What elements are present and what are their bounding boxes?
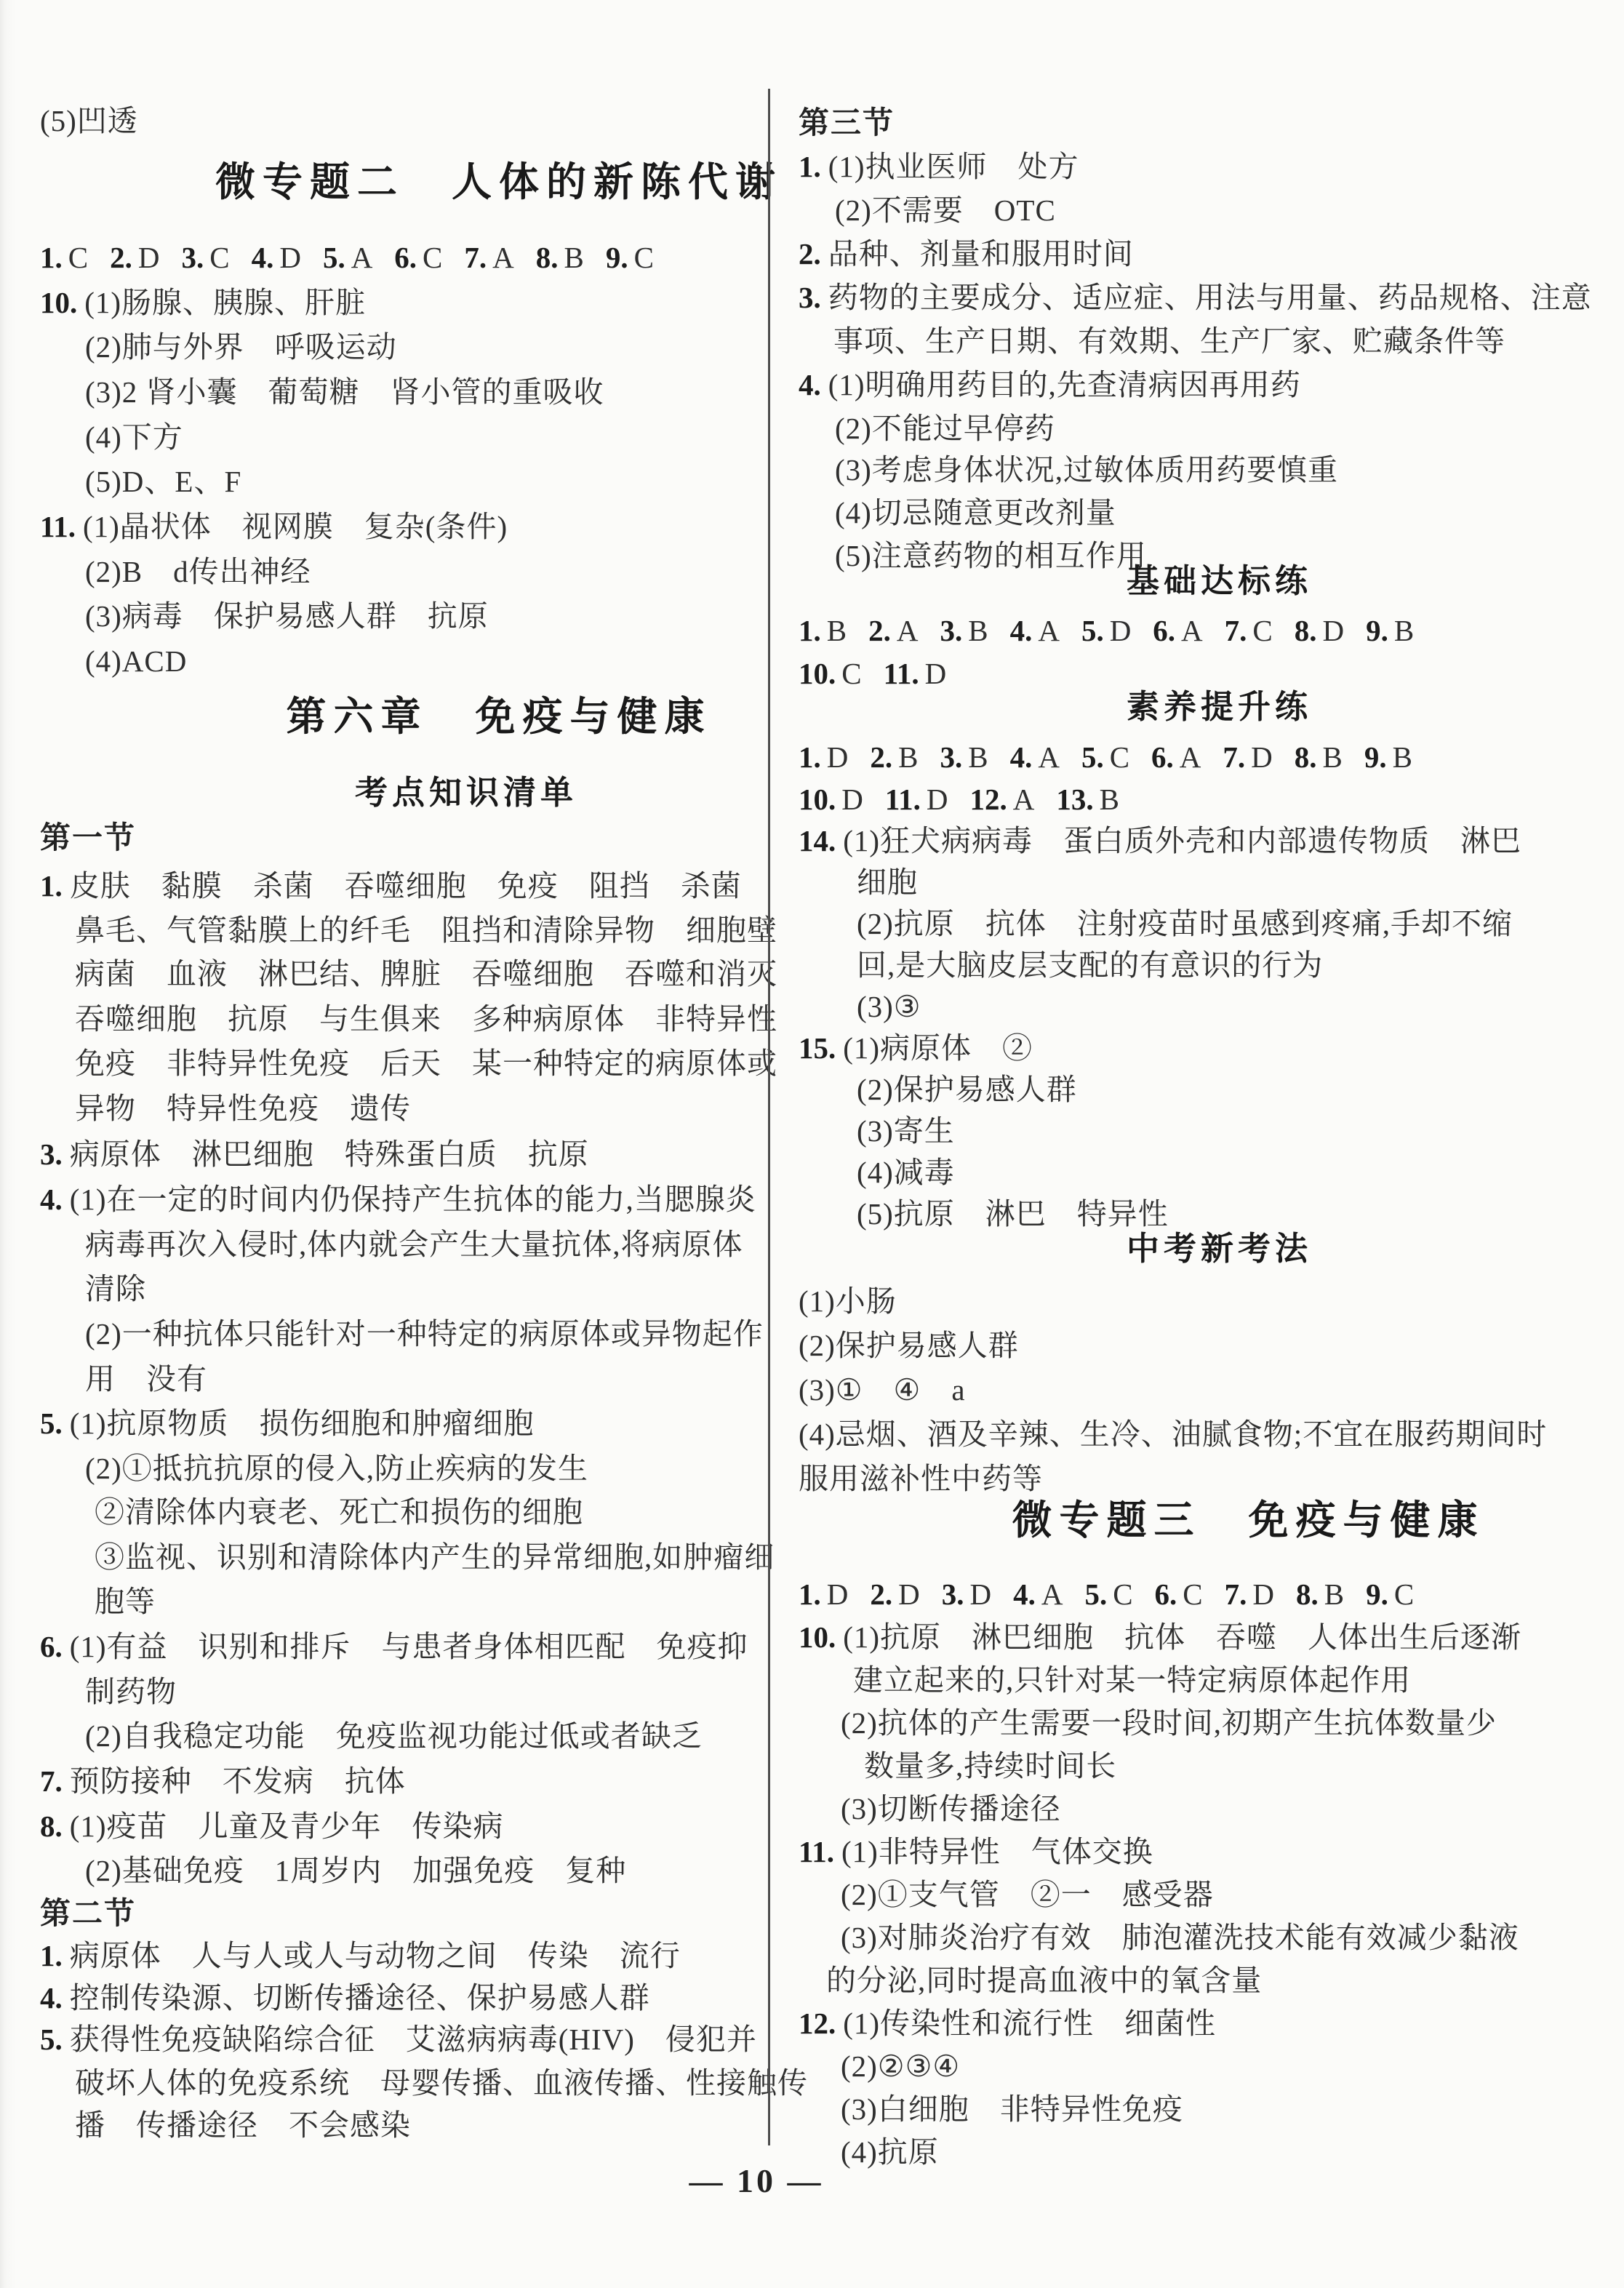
- line-text: (2)抗体的产生需要一段时间,初期产生抗体数量少: [841, 1706, 1497, 1740]
- answer-line: (3)白细胞 非特异性免疫: [841, 2092, 1183, 2127]
- answer-line: 免疫 非特异性免疫 后天 某一种特定的病原体或: [75, 1046, 777, 1081]
- question-number: 3.: [940, 614, 962, 647]
- answer-pair: 2.D: [870, 1577, 919, 1611]
- question-number: 1.: [40, 241, 63, 274]
- answer-pair: 5.C: [1081, 740, 1129, 774]
- question-number: 3.: [181, 241, 204, 274]
- item-number: 1.: [799, 150, 821, 183]
- line-text: (4)下方: [85, 420, 183, 454]
- answer-pair: 7.D: [1225, 1577, 1274, 1611]
- section-heading: 考点知识清单: [105, 775, 827, 810]
- question-number: 8.: [1295, 614, 1317, 647]
- question-number: 3.: [940, 740, 962, 774]
- question-number: 4.: [1010, 614, 1033, 647]
- line-text: 第三节: [799, 105, 895, 140]
- line-text: 播 传播途径 不会感染: [75, 2108, 411, 2142]
- line-text: (4)减毒: [857, 1156, 955, 1189]
- answer-line: (4)忌烟、酒及辛辣、生冷、油腻食物;不宜在服药期间时: [799, 1417, 1547, 1452]
- answer-line: (2)保护易感人群: [857, 1072, 1077, 1107]
- item-number: 1.: [40, 869, 63, 903]
- answer-letter: A: [1180, 740, 1201, 774]
- line-text: 素养提升练: [1127, 688, 1312, 725]
- answer-row: 10.C11.D: [799, 656, 968, 691]
- answer-pair: 5.C: [1084, 1577, 1132, 1611]
- answer-row: 1.D2.D3.D4.A5.C6.C7.D8.B9.C: [799, 1577, 1436, 1612]
- answer-letter: C: [1252, 614, 1272, 647]
- question-number: 6.: [1153, 614, 1175, 647]
- line-text: (3)病毒 保护易感人群 抗原: [85, 599, 489, 633]
- question-number: 11.: [884, 657, 919, 690]
- item-number: 8.: [40, 1809, 63, 1843]
- line-text: 建立起来的,只针对某一特定病原体起作用: [853, 1663, 1411, 1697]
- answer-line: (2)不能过早停药: [835, 411, 1055, 446]
- line-text: 第一节: [40, 820, 136, 855]
- answer-line: 15.(1)病原体 ②: [799, 1031, 1033, 1065]
- line-text: 基础达标练: [1127, 562, 1312, 599]
- line-text: 细胞: [857, 865, 918, 899]
- line-text: (3)白细胞 非特异性免疫: [841, 2092, 1183, 2126]
- answer-line: 4.(1)在一定的时间内仍保持产生抗体的能力,当腮腺炎: [40, 1182, 756, 1217]
- answer-pair: 11.D: [885, 783, 948, 816]
- line-text: (4)忌烟、酒及辛辣、生冷、油腻食物;不宜在服药期间时: [799, 1417, 1547, 1451]
- section-label: 第一节: [40, 820, 136, 855]
- answer-pair: 9.C: [606, 241, 654, 274]
- answer-letter: C: [1113, 1577, 1132, 1611]
- line-text: (2)①抵抗抗原的侵入,防止疾病的发生: [85, 1452, 588, 1485]
- answer-line: 病毒再次入侵时,体内就会产生大量抗体,将病原体: [85, 1227, 743, 1262]
- line-text: (1)在一定的时间内仍保持产生抗体的能力,当腮腺炎: [70, 1183, 756, 1216]
- answer-letter: D: [827, 1577, 849, 1611]
- line-text: (1)病原体 ②: [843, 1031, 1033, 1065]
- answer-line: (3)① ④ a: [799, 1372, 966, 1407]
- column-divider: [768, 89, 770, 2145]
- line-text: 用 没有: [85, 1362, 207, 1396]
- answer-line: (2)①支气管 ②一 感受器: [841, 1877, 1214, 1912]
- line-text: 服用滋补性中药等: [799, 1462, 1043, 1495]
- question-number: 4.: [252, 241, 274, 274]
- answer-line: 胞等: [95, 1584, 156, 1619]
- item-number: 3.: [40, 1137, 63, 1171]
- item-number: 15.: [799, 1031, 836, 1065]
- answer-letter: D: [969, 1577, 991, 1611]
- question-number: 5.: [323, 241, 345, 274]
- answer-line: 3.病原体 淋巴细胞 特殊蛋白质 抗原: [40, 1137, 589, 1172]
- question-number: 1.: [799, 1577, 821, 1611]
- line-text: (1)抗原物质 损伤细胞和肿瘤细胞: [70, 1407, 535, 1440]
- question-number: 10.: [799, 657, 836, 690]
- answer-row: 10.D11.D12.A13.B: [799, 782, 1141, 817]
- line-text: (2)基础免疫 1周岁内 加强免疫 复种: [85, 1854, 626, 1887]
- page-number: — 10 —: [636, 2161, 876, 2200]
- item-number: 1.: [40, 1939, 63, 1972]
- answer-letter: D: [138, 241, 160, 274]
- answer-line: 事项、生产日期、有效期、生产厂家、贮藏条件等: [833, 324, 1505, 359]
- line-text: 异物 特异性免疫 遗传: [75, 1092, 411, 1125]
- line-text: 病原体 淋巴细胞 特殊蛋白质 抗原: [70, 1137, 589, 1171]
- line-text: 品种、剂量和服用时间: [828, 237, 1134, 271]
- section-heading: 基础达标练: [813, 564, 1624, 599]
- answer-pair: 4.D: [252, 241, 301, 274]
- line-text: 皮肤 黏膜 杀菌 吞噬细胞 免疫 阻挡 杀菌: [70, 869, 742, 903]
- question-number: 5.: [1081, 740, 1104, 774]
- answer-letter: C: [1394, 1577, 1414, 1611]
- answer-line: 异物 特异性免疫 遗传: [75, 1091, 411, 1126]
- answer-letter: A: [1038, 614, 1060, 647]
- answer-line: (2)基础免疫 1周岁内 加强免疫 复种: [85, 1853, 626, 1888]
- question-number: 8.: [1295, 740, 1317, 774]
- item-number: 5.: [40, 1407, 63, 1440]
- question-number: 9.: [606, 241, 628, 274]
- answer-line: 1.(1)执业医师 处方: [799, 149, 1079, 184]
- answer-letter: B: [898, 740, 918, 774]
- line-text: 吞噬细胞 抗原 与生俱来 多种病原体 非特异性: [75, 1002, 777, 1036]
- answer-line: (2)不需要 OTC: [835, 193, 1056, 228]
- answer-letter: D: [927, 783, 948, 816]
- answer-line: 播 传播途径 不会感染: [75, 2108, 411, 2143]
- left-column: (5)凹透微专题二 人体的新陈代谢1.C2.D3.C4.D5.A6.C7.A8.…: [40, 0, 761, 2288]
- line-text: 微专题二 人体的新陈代谢: [215, 159, 783, 204]
- answer-letter: B: [1100, 783, 1119, 816]
- answer-page: (5)凹透微专题二 人体的新陈代谢1.C2.D3.C4.D5.A6.C7.A8.…: [0, 0, 1624, 2288]
- answer-line: 细胞: [857, 865, 918, 900]
- right-column: 第三节1.(1)执业医师 处方(2)不需要 OTC2.品种、剂量和服用时间3.药…: [799, 0, 1611, 2288]
- answer-line: 的分泌,同时提高血液中的氧含量: [826, 1963, 1262, 1998]
- answer-line: 吞噬细胞 抗原 与生俱来 多种病原体 非特异性: [75, 1001, 777, 1036]
- answer-line: 服用滋补性中药等: [799, 1461, 1043, 1496]
- line-text: (2)保护易感人群: [857, 1073, 1077, 1106]
- line-text: 第六章 免疫与健康: [286, 694, 711, 739]
- answer-pair: 8.D: [1295, 614, 1344, 647]
- line-text: (1)明确用药目的,先查清病因再用药: [828, 368, 1301, 401]
- answer-letter: D: [898, 1577, 920, 1611]
- answer-line: 数量多,持续时间长: [864, 1748, 1116, 1783]
- answer-line: 10.(1)肠腺、胰腺、肝脏: [40, 285, 366, 320]
- chapter-heading: 第六章 免疫与健康: [138, 699, 860, 734]
- item-number: 3.: [799, 281, 821, 314]
- answer-pair: 3.D: [942, 1577, 991, 1611]
- answer-line: 5.(1)抗原物质 损伤细胞和肿瘤细胞: [40, 1406, 535, 1441]
- line-text: 数量多,持续时间长: [864, 1749, 1116, 1783]
- chapter-heading: 微专题二 人体的新陈代谢: [138, 164, 860, 199]
- line-text: 免疫 非特异性免疫 后天 某一种特定的病原体或: [75, 1047, 777, 1080]
- answer-line: (2)②③④: [841, 2049, 960, 2084]
- answer-letter: B: [1394, 614, 1414, 647]
- answer-line: (4)ACD: [85, 644, 187, 679]
- question-number: 4.: [1013, 1577, 1036, 1611]
- line-text: (1)晶状体 视网膜 复杂(条件): [83, 510, 508, 543]
- answer-pair: 13.B: [1056, 783, 1119, 816]
- answer-letter: B: [1324, 1577, 1344, 1611]
- answer-line: (2)①抵抗抗原的侵入,防止疾病的发生: [85, 1451, 588, 1486]
- item-number: 11.: [40, 510, 76, 543]
- answer-letter: C: [209, 241, 229, 274]
- answer-letter: C: [841, 657, 861, 690]
- line-text: 病菌 血液 淋巴结、脾脏 吞噬细胞 吞噬和消灭: [75, 957, 777, 991]
- question-number: 13.: [1056, 783, 1093, 816]
- answer-row: 1.C2.D3.C4.D5.A6.C7.A8.B9.C: [40, 240, 676, 275]
- answer-letter: C: [423, 241, 442, 274]
- answer-line: 清除: [85, 1271, 146, 1306]
- line-text: 的分泌,同时提高血液中的氧含量: [826, 1964, 1262, 1997]
- answer-line: (2)B d传出神经: [85, 554, 311, 589]
- question-number: 12.: [969, 783, 1007, 816]
- answer-pair: 2.B: [870, 740, 918, 774]
- line-text: (1)肠腺、胰腺、肝脏: [84, 286, 366, 319]
- answer-line: 11.(1)非特异性 气体交换: [799, 1834, 1153, 1869]
- answer-pair: 3.B: [940, 740, 988, 774]
- answer-pair: 6.C: [1155, 1577, 1203, 1611]
- item-number: 5.: [40, 2023, 63, 2056]
- answer-letter: C: [68, 241, 88, 274]
- answer-line: 用 没有: [85, 1361, 207, 1396]
- item-number: 12.: [799, 2007, 836, 2040]
- section-label: 第三节: [799, 105, 895, 140]
- answer-pair: 7.A: [464, 241, 513, 274]
- answer-letter: B: [827, 614, 847, 647]
- answer-line: 破坏人体的免疫系统 母婴传播、血液传播、性接触传: [75, 2065, 808, 2100]
- answer-pair: 8.B: [536, 241, 584, 274]
- item-number: 4.: [40, 1981, 63, 2015]
- answer-pair: 6.A: [1151, 740, 1201, 774]
- question-number: 1.: [799, 614, 821, 647]
- answer-line: 1.病原体 人与人或人与动物之间 传染 流行: [40, 1938, 681, 1973]
- answer-pair: 4.A: [1010, 740, 1060, 774]
- answer-line: 2.品种、剂量和服用时间: [799, 236, 1134, 271]
- answer-line: 制药物: [85, 1674, 177, 1709]
- line-text: 鼻毛、气管黏膜上的纤毛 阻挡和清除异物 细胞壁: [75, 913, 777, 947]
- answer-pair: 1.D: [799, 1577, 848, 1611]
- question-number: 5.: [1081, 614, 1104, 647]
- answer-line: 4.(1)明确用药目的,先查清病因再用药: [799, 367, 1301, 402]
- line-text: (4)ACD: [85, 644, 187, 678]
- answer-line: 鼻毛、气管黏膜上的纤毛 阻挡和清除异物 细胞壁: [75, 913, 777, 948]
- question-number: 9.: [1366, 614, 1388, 647]
- line-text: (2)抗原 抗体 注射疫苗时虽感到疼痛,手却不缩: [857, 907, 1513, 940]
- question-number: 10.: [799, 783, 836, 816]
- question-number: 5.: [1084, 1577, 1107, 1611]
- line-text: 病原体 人与人或人与动物之间 传染 流行: [70, 1939, 681, 1972]
- answer-line: (4)切忌随意更改剂量: [835, 495, 1116, 530]
- question-number: 7.: [1225, 614, 1247, 647]
- answer-line: (3)考虑身体状况,过敏体质用药要慎重: [835, 452, 1338, 487]
- line-text: 考点知识清单: [355, 774, 577, 811]
- answer-line: (5)D、E、F: [85, 464, 241, 499]
- answer-letter: D: [1252, 1577, 1274, 1611]
- item-number: 11.: [799, 1835, 834, 1868]
- line-text: (3)① ④ a: [799, 1373, 966, 1407]
- answer-letter: D: [1251, 740, 1273, 774]
- answer-line: (4)减毒: [857, 1155, 955, 1190]
- section-heading: 素养提升练: [813, 689, 1624, 724]
- answer-line: 回,是大脑皮层支配的有意识的行为: [857, 948, 1323, 983]
- answer-letter: D: [1323, 614, 1345, 647]
- item-number: 4.: [40, 1183, 63, 1216]
- line-text: 胞等: [95, 1585, 156, 1618]
- answer-line: 1.皮肤 黏膜 杀菌 吞噬细胞 免疫 阻挡 杀菌: [40, 868, 742, 903]
- item-number: 7.: [40, 1764, 63, 1798]
- item-number: 14.: [799, 824, 836, 857]
- answer-letter: A: [1041, 1577, 1063, 1611]
- line-text: (1)执业医师 处方: [828, 150, 1079, 183]
- line-text: 病毒再次入侵时,体内就会产生大量抗体,将病原体: [85, 1228, 743, 1261]
- answer-pair: 9.C: [1366, 1577, 1414, 1611]
- line-text: (2)②③④: [841, 2049, 960, 2083]
- answer-pair: 1.B: [799, 614, 847, 647]
- answer-line: 5.获得性免疫缺陷综合征 艾滋病病毒(HIV) 侵犯并: [40, 2022, 757, 2057]
- line-text: (1)抗原 淋巴细胞 抗体 吞噬 人体出生后逐渐: [843, 1620, 1521, 1654]
- item-number: 6.: [40, 1630, 63, 1663]
- line-text: (5)抗原 淋巴 特异性: [857, 1197, 1169, 1231]
- answer-line: 病菌 血液 淋巴结、脾脏 吞噬细胞 吞噬和消灭: [75, 956, 777, 991]
- line-text: 清除: [85, 1272, 146, 1305]
- answer-letter: A: [492, 241, 514, 274]
- question-number: 4.: [1010, 740, 1033, 774]
- answer-letter: A: [351, 241, 373, 274]
- answer-line: 7.预防接种 不发病 抗体: [40, 1764, 406, 1799]
- line-text: (1)小肠: [799, 1284, 897, 1318]
- answer-letter: C: [634, 241, 654, 274]
- line-text: (1)有益 识别和排斥 与患者身体相匹配 免疫抑: [70, 1630, 748, 1663]
- answer-line: (5)凹透: [40, 103, 138, 138]
- answer-line: 14.(1)狂犬病病毒 蛋白质外壳和内部遗传物质 淋巴: [799, 823, 1521, 858]
- line-text: (1)非特异性 气体交换: [841, 1835, 1153, 1868]
- answer-pair: 3.C: [181, 241, 229, 274]
- answer-pair: 8.B: [1296, 1577, 1344, 1611]
- answer-letter: A: [1181, 614, 1203, 647]
- question-number: 6.: [394, 241, 417, 274]
- line-text: (3)③: [857, 990, 921, 1023]
- question-number: 6.: [1151, 740, 1174, 774]
- line-text: 事项、生产日期、有效期、生产厂家、贮藏条件等: [833, 324, 1505, 358]
- answer-letter: B: [1323, 740, 1343, 774]
- answer-pair: 7.D: [1223, 740, 1272, 774]
- question-number: 2.: [110, 241, 132, 274]
- answer-letter: D: [841, 783, 863, 816]
- answer-line: (2)抗体的产生需要一段时间,初期产生抗体数量少: [841, 1705, 1497, 1740]
- answer-row: 1.D2.B3.B4.A5.C6.A7.D8.B9.B: [799, 740, 1434, 775]
- answer-pair: 12.A: [969, 783, 1034, 816]
- item-number: 10.: [40, 286, 77, 319]
- line-text: (3)2 肾小囊 葡萄糖 肾小管的重吸收: [85, 375, 604, 409]
- line-text: (2)自我稳定功能 免疫监视功能过低或者缺乏: [85, 1719, 703, 1753]
- question-number: 7.: [1223, 740, 1245, 774]
- answer-letter: B: [1393, 740, 1412, 774]
- question-number: 9.: [1366, 1577, 1388, 1611]
- question-number: 8.: [1296, 1577, 1319, 1611]
- answer-line: (2)保护易感人群: [799, 1328, 1019, 1363]
- line-text: (2)肺与外界 呼吸运动: [85, 330, 397, 364]
- section-label: 第二节: [40, 1896, 136, 1931]
- line-text: (1)狂犬病病毒 蛋白质外壳和内部遗传物质 淋巴: [843, 824, 1521, 857]
- answer-line: (3)③: [857, 989, 921, 1024]
- answer-pair: 9.B: [1364, 740, 1412, 774]
- answer-letter: D: [827, 740, 849, 774]
- answer-pair: 1.C: [40, 241, 88, 274]
- answer-pair: 11.D: [884, 657, 947, 690]
- line-text: (2)B d传出神经: [85, 555, 311, 588]
- question-number: 6.: [1155, 1577, 1177, 1611]
- line-text: 微专题三 免疫与健康: [1012, 1497, 1484, 1543]
- answer-letter: D: [925, 657, 947, 690]
- line-text: (5)凹透: [40, 104, 138, 137]
- answer-pair: 5.A: [323, 241, 372, 274]
- answer-letter: A: [897, 614, 919, 647]
- line-text: 制药物: [85, 1675, 177, 1708]
- item-number: 10.: [799, 1620, 836, 1654]
- line-text: (2)①支气管 ②一 感受器: [841, 1878, 1214, 1911]
- line-text: (3)切断传播途径: [841, 1792, 1061, 1825]
- line-text: (5)D、E、F: [85, 465, 241, 498]
- answer-line: 3.药物的主要成分、适应症、用法与用量、药品规格、注意: [799, 280, 1592, 315]
- line-text: (2)不能过早停药: [835, 412, 1055, 445]
- item-number: 2.: [799, 237, 821, 271]
- line-text: 获得性免疫缺陷综合征 艾滋病病毒(HIV) 侵犯并: [70, 2023, 757, 2056]
- line-text: (1)疫苗 儿童及青少年 传染病: [70, 1809, 504, 1843]
- answer-letter: A: [1038, 740, 1060, 774]
- line-text: ②清除体内衰老、死亡和损伤的细胞: [95, 1495, 583, 1529]
- answer-line: 11.(1)晶状体 视网膜 复杂(条件): [40, 509, 508, 544]
- answer-line: 8.(1)疫苗 儿童及青少年 传染病: [40, 1809, 504, 1844]
- line-text: (4)切忌随意更改剂量: [835, 496, 1116, 529]
- line-text: (1)传染性和流行性 细菌性: [843, 2007, 1216, 2040]
- question-number: 3.: [942, 1577, 964, 1611]
- question-number: 11.: [885, 783, 921, 816]
- answer-line: (3)对肺炎治疗有效 肺泡灌洗技术能有效减少黏液: [841, 1920, 1519, 1955]
- answer-pair: 5.D: [1081, 614, 1131, 647]
- answer-pair: 9.B: [1366, 614, 1414, 647]
- question-number: 2.: [870, 1577, 892, 1611]
- answer-letter: C: [1110, 740, 1129, 774]
- answer-line: (2)肺与外界 呼吸运动: [85, 329, 397, 364]
- answer-letter: D: [279, 241, 301, 274]
- line-text: 控制传染源、切断传播途径、保护易感人群: [70, 1981, 650, 2015]
- answer-letter: B: [564, 241, 584, 274]
- line-text: 回,是大脑皮层支配的有意识的行为: [857, 948, 1323, 982]
- question-number: 9.: [1364, 740, 1387, 774]
- answer-line: (4)下方: [85, 420, 183, 455]
- question-number: 7.: [1225, 1577, 1247, 1611]
- line-text: (3)寄生: [857, 1114, 955, 1148]
- line-text: (2)不需要 OTC: [835, 193, 1056, 227]
- answer-pair: 6.A: [1153, 614, 1202, 647]
- answer-line: (3)切断传播途径: [841, 1791, 1061, 1826]
- answer-pair: 3.B: [940, 614, 988, 647]
- answer-pair: 2.A: [868, 614, 918, 647]
- question-number: 7.: [464, 241, 487, 274]
- answer-row: 1.B2.A3.B4.A5.D6.A7.C8.D9.B: [799, 613, 1436, 648]
- item-number: 4.: [799, 368, 821, 401]
- answer-line: 12.(1)传染性和流行性 细菌性: [799, 2006, 1216, 2041]
- answer-pair: 2.D: [110, 241, 159, 274]
- answer-line: (5)抗原 淋巴 特异性: [857, 1196, 1169, 1231]
- line-text: (3)对肺炎治疗有效 肺泡灌洗技术能有效减少黏液: [841, 1921, 1519, 1954]
- chapter-heading: 微专题三 免疫与健康: [842, 1503, 1624, 1537]
- question-number: 2.: [870, 740, 892, 774]
- line-text: 预防接种 不发病 抗体: [70, 1764, 406, 1798]
- answer-line: 6.(1)有益 识别和排斥 与患者身体相匹配 免疫抑: [40, 1629, 748, 1664]
- answer-line: 建立起来的,只针对某一特定病原体起作用: [853, 1663, 1411, 1697]
- question-number: 1.: [799, 740, 821, 774]
- answer-line: (3)病毒 保护易感人群 抗原: [85, 599, 489, 633]
- answer-pair: 4.A: [1010, 614, 1060, 647]
- question-number: 2.: [868, 614, 891, 647]
- line-text: 破坏人体的免疫系统 母婴传播、血液传播、性接触传: [75, 2066, 808, 2100]
- answer-pair: 6.C: [394, 241, 442, 274]
- answer-letter: B: [968, 740, 988, 774]
- line-text: (3)考虑身体状况,过敏体质用药要慎重: [835, 453, 1338, 487]
- answer-line: (2)自我稳定功能 免疫监视功能过低或者缺乏: [85, 1719, 703, 1753]
- answer-line: 4.控制传染源、切断传播途径、保护易感人群: [40, 1980, 650, 2015]
